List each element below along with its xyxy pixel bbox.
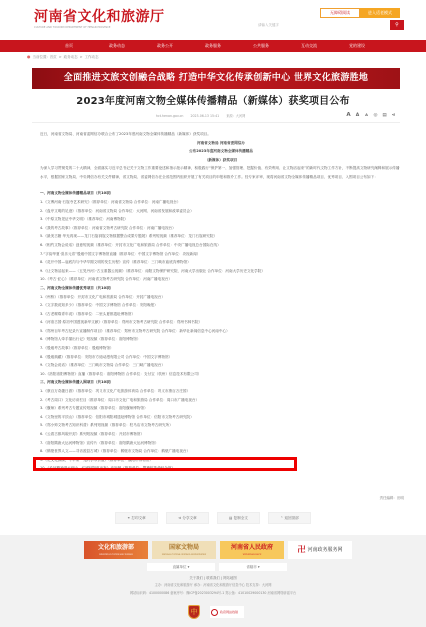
cities-select[interactable]: 省辖市 ▾	[219, 563, 287, 571]
article-actions: ⚭ 打印文章 ⊲ 分享文章 ▤ 复制全文 ⌃ 返回顶部	[0, 512, 426, 524]
breadcrumb-separator: >	[80, 53, 83, 61]
section-title-outstanding: 二、河南文物全媒体传播优秀项目（共10项）	[40, 284, 402, 293]
breadcrumb-prefix: 当前位置:	[33, 53, 48, 61]
article-tools: A A A ◎ ▤ ⋖	[346, 112, 396, 119]
partner-ncha-sub: NATIONAL CULTURAL HERITAGE ADMINISTRATIO…	[152, 554, 216, 557]
magnifier-icon	[211, 609, 218, 616]
elder-mode-button[interactable]: 进入适老模式	[360, 8, 400, 18]
font-large-button[interactable]: A	[346, 112, 351, 119]
partner-henan-gov-link[interactable]: 河南省人民政府 WWW.HENAN.GOV.CN	[220, 541, 284, 559]
list-item: 9.《文物会说话》（推荐单位：三门峡市文物局 合作单位：三门峡广播电视台）	[40, 361, 402, 370]
article-body: 近日，河南省文物局、河南省委网信办联合公布了2023年度河南文物全媒体传播精品（…	[40, 130, 402, 473]
nav-item-interaction[interactable]: 互动交流	[285, 40, 333, 52]
breadcrumb-gov-news[interactable]: 政务动态	[64, 53, 78, 61]
site-title: 河南省文化和旅游厅	[34, 9, 165, 25]
nav-item-gov-service[interactable]: 政务服务	[189, 40, 237, 52]
contact-us-link[interactable]: 联系我们	[206, 576, 220, 580]
list-item: 3.《偃师》系列考古专题宣传短视频（推荐单位：洛阳偃师博物馆）	[40, 404, 402, 413]
site-logo[interactable]: 河南省文化和旅游厅 CULTURE AND TOURISM DEPARTMENT…	[34, 9, 165, 30]
site-header: 河南省文化和旅游厅 CULTURE AND TOURISM DEPARTMENT…	[0, 0, 426, 40]
sitemap-link[interactable]: 网站地图	[223, 576, 237, 580]
list-item: 2.《盘序文明的足迹》（推荐单位：河南省文物局 合作单位：大河网、河南省发展和改…	[40, 207, 402, 216]
list-item: 2.《考古周口》文化访谈栏目（推荐单位：周口市文化广电和旅游局 合作单位：周口市…	[40, 396, 402, 405]
share-article-button[interactable]: ⊲ 分享文章	[166, 512, 209, 524]
article-meta: hct.henan.gov.cn 2023-06-13 15:41 来源：大河网	[156, 114, 251, 119]
partner-mct-name: 文化和旅游部	[98, 544, 134, 551]
list-item: 9.《让文物活起来——〈五见丹河〉·古玉重器云视频》（推荐单位：南阳文物保护研究…	[40, 267, 402, 276]
henan-service-logo-icon: 卍	[297, 541, 305, 559]
list-item: 1.《文博河南·石窟寺艺术研究》（推荐单位：河南省文物局 合作单位：河南广播电视…	[40, 198, 402, 207]
list-item: 1.《州桥》（推荐单位：开封市文化广电和旅游局 合作单位：开封广播电视台）	[40, 293, 402, 302]
footer-selects: 直属单位 ▾ 省辖市 ▾	[147, 563, 287, 571]
font-small-button[interactable]: A	[364, 112, 369, 119]
list-item: 5.《郑小帅文物考古知识科普》系列短视频（推荐单位：驻马店市文物考古研究所）	[40, 421, 402, 430]
site-footer: 文化和旅游部 MINISTRY OF CULTURE AND TOURISM 国…	[0, 535, 426, 627]
article-title: 2023年度河南文物全媒体传播精品（新媒体）获奖项目公布	[0, 95, 426, 109]
list-item: 8.《花开中国—庙底沟与中华早期文明的发生历程》宣传（推荐单位：三门峡市庙底沟博…	[40, 258, 402, 267]
copy-article-button[interactable]: ▤ 复制全文	[217, 512, 260, 524]
list-item: 1.《康百万奇趣日游》（推荐单位：巩义市文化广电旅游体育局 合作单位：巩义市康百…	[40, 387, 402, 396]
print-label: 打印文章	[131, 516, 145, 520]
share-icon[interactable]: ⋖	[391, 112, 396, 119]
eye-care-icon[interactable]: ◎	[373, 112, 378, 119]
list-item: 10.《洛阳洛阳博物馆》直播（推荐单位：洛阳博物馆 合作单位：支付宝（杭州）信息…	[40, 370, 402, 379]
list-item: 6.《云看古都风貌开封》系列短视频（推荐单位：开封市博物馆）	[40, 430, 402, 439]
breadcrumb-work-news[interactable]: 工作动态	[85, 53, 99, 61]
nav-item-gov-news[interactable]: 政务动态	[93, 40, 141, 52]
list-item: 2.《文字数说知多少》（推荐单位：中国文字博物馆 合作单位：安阳晚报）	[40, 301, 402, 310]
breadcrumb-separator: >	[59, 53, 62, 61]
list-item: 5.《郑州百年考古纪录片宣播制作项目》（推荐单位：郑州市文物考古研究院 合作单位…	[40, 327, 402, 336]
slogan-banner: 全面推进文旅文创融合战略 打造中华文化传承创新中心 世界文化旅游胜地	[32, 68, 400, 89]
about-us-link[interactable]: 关于我们	[189, 576, 203, 580]
partner-ncha-name: 国家文物局	[169, 544, 199, 551]
footer-links: 关于我们 | 联系我们 | 网站地图	[0, 575, 426, 581]
list-item: 5.《最美古籍 华光再现——龙门石窟洞窟文物数据整合成果专题展》系列短视频（推荐…	[40, 232, 402, 241]
search-button[interactable]: ⚲	[390, 20, 404, 30]
list-item: 3.《古老璀璨青年说》（推荐单位：二里头夏都遗址博物馆）	[40, 310, 402, 319]
partner-henan-gov-name: 河南省人民政府	[231, 544, 273, 551]
partner-mct-link[interactable]: 文化和旅游部 MINISTRY OF CULTURE AND TOURISM	[84, 541, 148, 559]
partner-mct-sub: MINISTRY OF CULTURE AND TOURISM	[84, 554, 148, 557]
article-heading-1: 河南省文物局 河南省委网信办	[40, 139, 402, 148]
list-item: 8.《鹤壁世界人文——寻访浚县古城》（推荐单位：鹤壁市文物局 合作单位：鹤壁广播…	[40, 447, 402, 456]
meta-source-site: hct.henan.gov.cn	[156, 114, 183, 118]
print-article-button[interactable]: ⚭ 打印文章	[115, 512, 158, 524]
breadcrumb-home[interactable]: 首页	[50, 53, 57, 61]
list-item: 6.《博物馆人牵手描出行记》短视频（推荐单位：洛阳博物馆）	[40, 335, 402, 344]
nav-item-party[interactable]: 党的建设	[333, 40, 381, 52]
meta-datetime: 2023-06-13 15:41	[190, 114, 219, 118]
partner-ncha-link[interactable]: 国家文物局 NATIONAL CULTURAL HERITAGE ADMINIS…	[152, 541, 216, 559]
footer-badges: 中 政府网站找错	[188, 605, 244, 619]
article-paragraph: 为深入学习贯彻党的二十大精神，全面落实习近平总书记关于文物工作重要论述和指示批示…	[40, 164, 402, 189]
meta-origin: 来源：大河网	[226, 114, 245, 118]
main-nav: 首页 政务动态 政务公开 政务服务 公共服务 互动交流 党的建设	[0, 40, 426, 52]
party-gov-badge-icon[interactable]: 中	[188, 605, 200, 619]
section-title-shortlist: 三、河南文物全媒体传播入围项目（共10项）	[40, 378, 402, 387]
list-item-highlighted: 7.《洛阳隋唐大运河博物馆》宣传片（推荐单位：洛阳隋唐大运河博物馆）	[40, 439, 402, 448]
article-heading-2: 公布2023年度河南文物全媒体传播精品	[40, 147, 402, 156]
gov-site-error-report-badge[interactable]: 政府网站找错	[210, 606, 244, 618]
breadcrumb: ● 当前位置: 首页 > 政务动态 > 工作动态	[27, 53, 99, 61]
barrier-free-button[interactable]: 无障碍阅读	[320, 8, 360, 18]
partner-henan-gov-sub: WWW.HENAN.GOV.CN	[220, 554, 284, 557]
list-item: 10.《考古·匠心》（推荐单位：河南省文物考古研究院 合作单位：河南广播电视台）	[40, 275, 402, 284]
list-item: 7.“字韵华夏·喜乐元宵”殷墟中国文字博物馆直播（推荐单位：中国文字博物馆 合作…	[40, 250, 402, 259]
article-intro: 近日，河南省文物局、河南省委网信办联合公布了2023年度河南文物全媒体传播精品（…	[40, 130, 402, 139]
search-icon: ⚲	[395, 22, 399, 28]
list-item: 6.《相约文物会说话》创意短视频（推荐单位：开封市文化广电和旅游局 合作单位：中…	[40, 241, 402, 250]
direct-units-select[interactable]: 直属单位 ▾	[147, 563, 215, 571]
partner-henan-service-link[interactable]: 卍 河南政务服务网	[288, 541, 352, 559]
share-label: 分享文章	[182, 516, 196, 520]
article-meta-bar: hct.henan.gov.cn 2023-06-13 15:41 来源：大河网…	[32, 112, 400, 123]
nav-item-public-service[interactable]: 公共服务	[237, 40, 285, 52]
highlight-annotation-box	[33, 457, 297, 471]
location-pin-icon: ●	[27, 53, 31, 61]
error-report-label: 政府网站找错	[220, 610, 238, 614]
responsible-editor: 责任编辑：田明	[380, 496, 405, 501]
article-heading-3: （新媒体）获奖项目	[40, 156, 402, 165]
top-label: 返回顶部	[284, 516, 298, 520]
list-item: 3.《中原文物见证中华文明》（推荐单位：河南博物院）	[40, 215, 402, 224]
list-item: 4.《我的考古故事》（推荐单位：河南省文物考古研究院 合作单位：河南广播电视台）	[40, 224, 402, 233]
partner-henan-service-name: 河南政务服务网	[307, 541, 342, 559]
back-to-top-button[interactable]: ⌃ 返回顶部	[268, 512, 311, 524]
site-subtitle: CULTURE AND TOURISM DEPARTMENT OF HENAN …	[34, 26, 165, 30]
print-icon[interactable]: ▤	[382, 112, 387, 119]
section-title-excellent: 一、河南文物全媒体传播精品项目（共10项）	[40, 189, 402, 198]
list-item: 4.《河洛古国·原初中国透视新华文献》（推荐单位：郑州市文物考古研究院 合作单位…	[40, 318, 402, 327]
list-item: 4.《文物里的平顶山》（推荐单位：信阳市城阳城遗址博物馆 合作单位：信阳市文物考…	[40, 413, 402, 422]
search-input[interactable]: 请输入关键字	[255, 20, 390, 30]
footer-host-info: 主办：河南省文化和旅游厅 承办：河南省文化和旅游厅信息中心 技术支持：大河网	[0, 583, 426, 588]
nav-item-home[interactable]: 首页	[45, 40, 93, 52]
font-medium-button[interactable]: A	[355, 112, 360, 119]
list-item: 8.《殷墟典藏》（推荐单位：安阳市方迪动漫有限公司 合作单位：中国文字博物馆）	[40, 353, 402, 362]
partner-links: 文化和旅游部 MINISTRY OF CULTURE AND TOURISM 国…	[84, 541, 352, 559]
nav-item-gov-open[interactable]: 政务公开	[141, 40, 189, 52]
list-item: 7.《殷墟考古故事》（推荐单位：殷墟博物馆）	[40, 344, 402, 353]
copy-label: 复制全文	[234, 516, 248, 520]
footer-record-info: 网站标识码：4100000086 备案序号：豫ICP备2023003294号-1…	[0, 591, 426, 596]
